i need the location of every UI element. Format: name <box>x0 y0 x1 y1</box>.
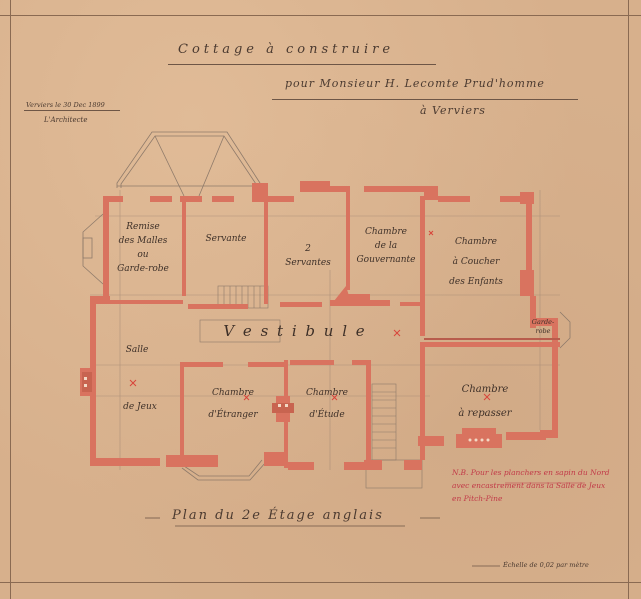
plan-note: N.B. Pour les planchers en sapin du Nord… <box>452 466 622 505</box>
room-servantes: 2 Servantes <box>270 242 346 270</box>
room-jeux: de Jeux <box>100 400 180 414</box>
room-servante: Servante <box>188 232 264 246</box>
room-etranger: Chambre d'Étranger <box>188 382 278 426</box>
room-gouvernante: Chambre de la Gouvernante <box>350 225 422 267</box>
plan-caption: Plan du 2e Étage anglais <box>172 508 384 523</box>
room-enfants: Chambre à Coucher des Enfants <box>428 232 524 292</box>
plan-scale: Échelle de 0,02 par mètre <box>503 561 589 569</box>
bay-window-outline <box>117 132 260 196</box>
room-vestibule: V e s t i b u l e <box>205 324 385 338</box>
room-salle: Salle <box>112 343 162 357</box>
room-etude: Chambre d'Étude <box>290 382 364 426</box>
left-bay-outline <box>83 214 103 284</box>
room-garde-robe: Garde- robe <box>528 318 558 336</box>
room-repasser: Chambre à repasser <box>430 378 540 426</box>
right-bay-outline <box>560 312 570 348</box>
room-remise: Remise des Malles ou Garde-robe <box>108 220 178 276</box>
